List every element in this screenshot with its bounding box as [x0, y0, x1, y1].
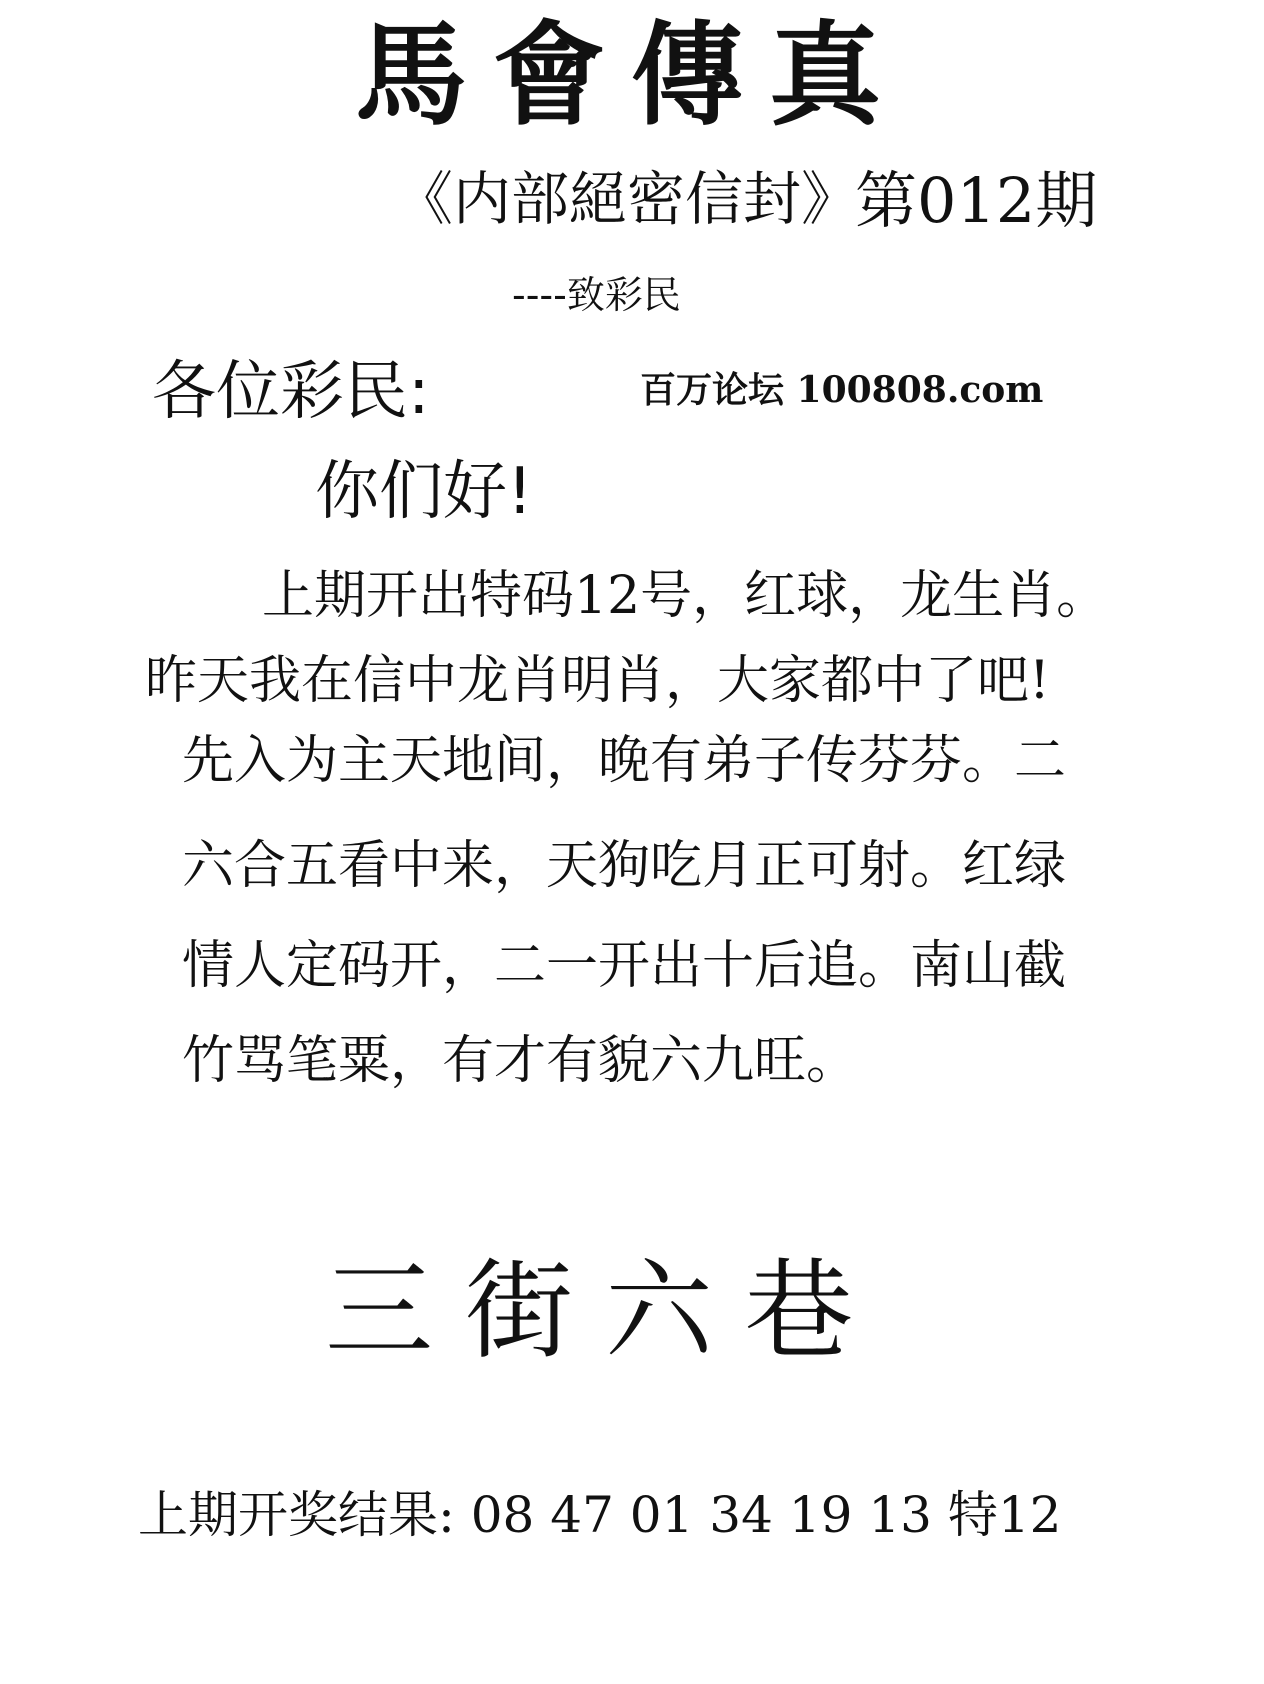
greeting-hello: 你们好!: [315, 460, 533, 524]
body-line: 情人定码开，二一开出十后追。南山截: [182, 940, 1066, 992]
body-line: 竹骂笔粟，有才有貌六九旺。: [182, 1035, 858, 1087]
site-watermark: 百万论坛 100808.com: [640, 372, 1043, 408]
body-line: 六合五看中来，天狗吃月正可射。红绿: [182, 840, 1066, 892]
previous-results: 上期开奖结果: 08 47 01 34 19 13 特12: [138, 1490, 1061, 1540]
body-line: 昨天我在信中龙肖明肖，大家都中了吧!: [145, 655, 1050, 707]
body-line: 上期开出特码12号，红球，龙生肖。: [262, 570, 1108, 622]
document-title: 馬會傳真: [355, 20, 907, 132]
salutation: 各位彩民:: [152, 360, 430, 424]
dedication-line: ----致彩民: [512, 276, 681, 314]
body-line: 先入为主天地间，晚有弟子传芬芬。二: [182, 735, 1066, 787]
featured-phrase: 三街六巷: [325, 1258, 885, 1366]
document-subtitle: 《内部絕密信封》: [395, 170, 859, 228]
issue-number: 第012期: [855, 170, 1097, 232]
